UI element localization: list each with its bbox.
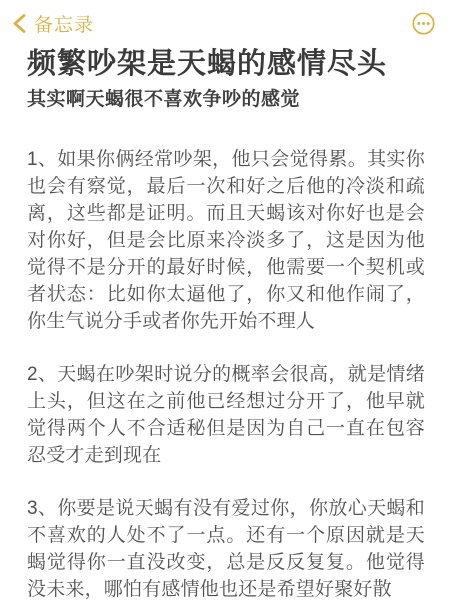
chevron-left-icon	[12, 13, 27, 34]
nav-bar: 备忘录	[0, 0, 449, 37]
back-button-label: 备忘录	[34, 10, 94, 37]
back-button[interactable]: 备忘录	[12, 10, 94, 37]
note-title: 频繁吵架是天蝎的感情尽头	[27, 46, 425, 83]
ellipsis-circle-icon	[412, 12, 435, 35]
note-subtitle: 其实啊天蝎很不喜欢争吵的感觉	[27, 88, 425, 112]
note-paragraph-1: 1、如果你俩经常吵架，他只会觉得累。其实你也会有察觉，最后一次和好之后他的冷淡和…	[27, 146, 425, 335]
note-paragraph-3: 3、你要是说天蝎有没有爱过你，你放心天蝎和不喜欢的人处不了一点。还有一个原因就是…	[27, 495, 425, 600]
more-options-button[interactable]	[412, 12, 435, 35]
note-paragraph-2: 2、天蝎在吵架时说分的概率会很高，就是情绪上头，但这在之前他已经想过分开了，他早…	[27, 361, 425, 469]
notes-app-page: 备忘录 频繁吵架是天蝎的感情尽头 其实啊天蝎很不喜欢争吵的感觉 1、如果你俩经常…	[0, 0, 449, 600]
note-content[interactable]: 频繁吵架是天蝎的感情尽头 其实啊天蝎很不喜欢争吵的感觉 1、如果你俩经常吵架，他…	[0, 46, 449, 600]
